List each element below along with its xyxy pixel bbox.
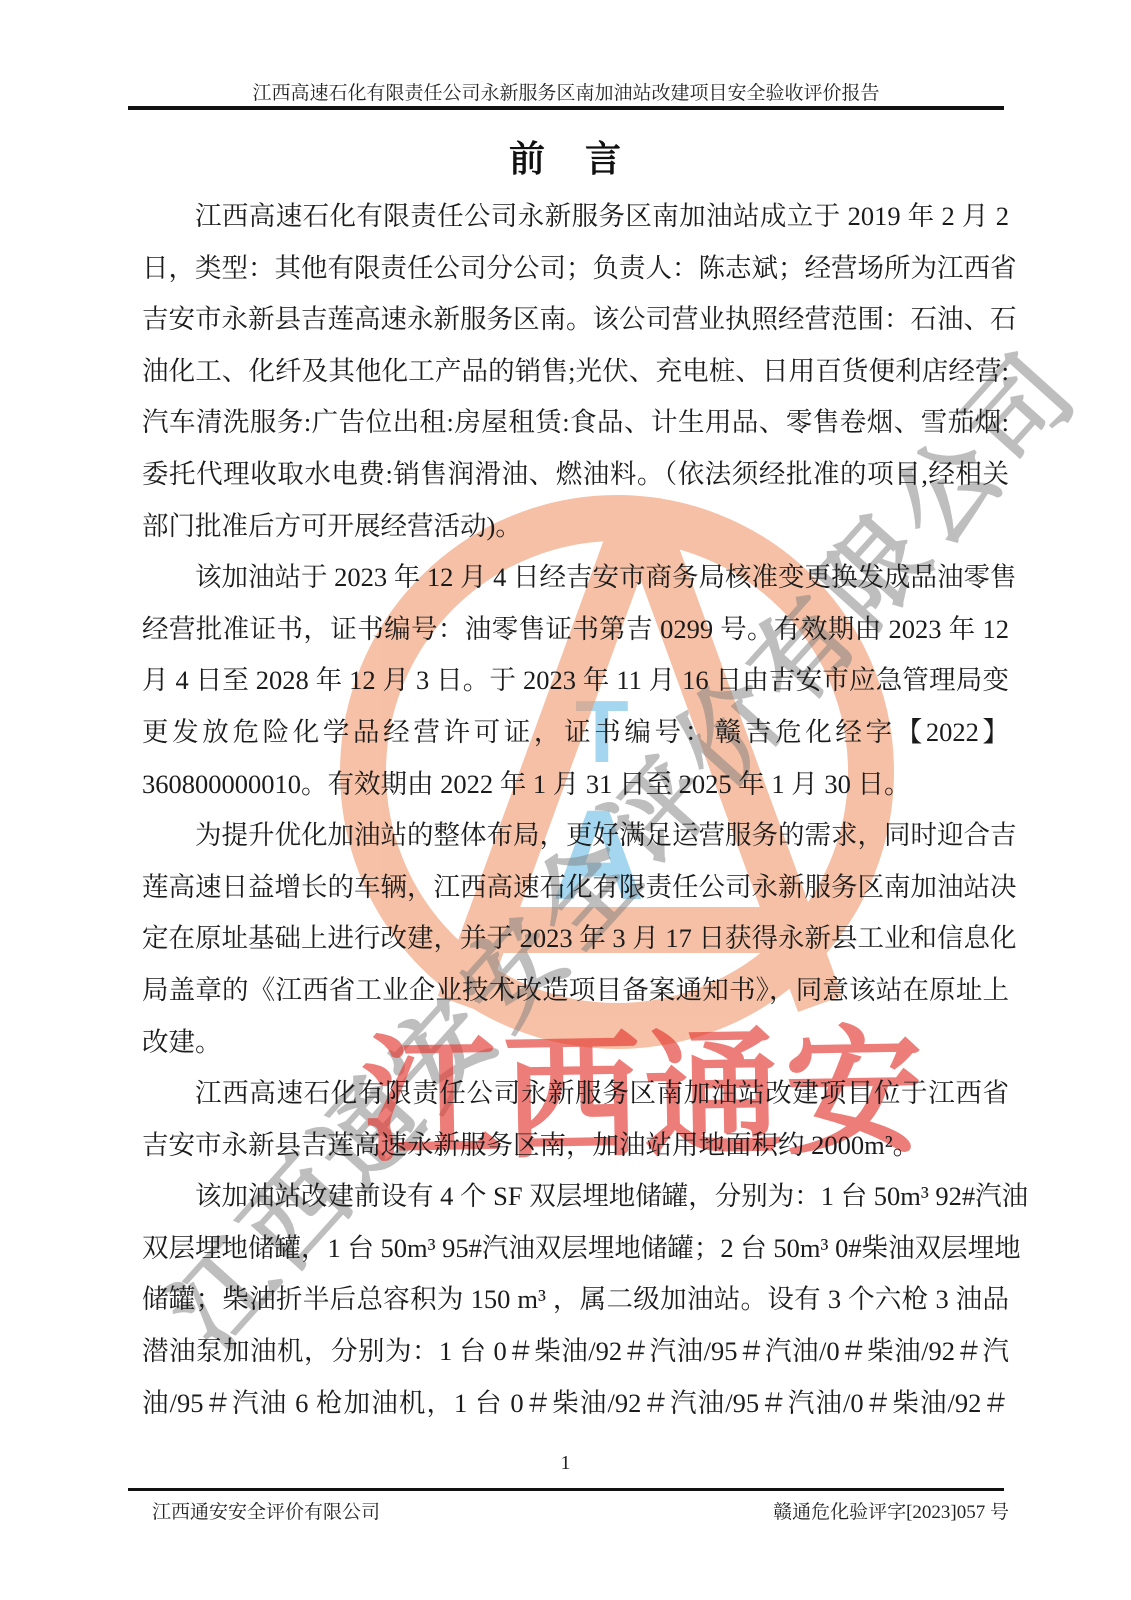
body-text: 江西高速石化有限责任公司永新服务区南加油站成立于 2019 年 2 月 2日，类… bbox=[142, 191, 1009, 1429]
footer-doc-number: 赣通危化验评字[2023]057 号 bbox=[773, 1497, 1009, 1524]
body-text-line: 局盖章的《江西省工业企业技术改造项目备案通知书》，同意该站在原址上 bbox=[142, 965, 1009, 1017]
body-text-line: 吉安市永新县吉莲高速永新服务区南，加油站用地面积约 2000m²。 bbox=[142, 1120, 1009, 1172]
body-text-line: 改建。 bbox=[142, 1017, 1009, 1069]
body-text-line: 360800000010。有效期由 2022 年 1 月 31 日至 2025 … bbox=[142, 759, 1009, 811]
body-text-line: 吉安市永新县吉莲高速永新服务区南。该公司营业执照经营范围：石油、石 bbox=[142, 294, 1009, 346]
body-text-line: 油/95＃汽油 6 枪加油机，1 台 0＃柴油/92＃汽油/95＃汽油/0＃柴油… bbox=[142, 1378, 1009, 1430]
body-text-line: 汽车清洗服务:广告位出租:房屋租赁:食品、计生用品、零售卷烟、雪茄烟: bbox=[142, 397, 1009, 449]
footer-company-name: 江西通安安全评价有限公司 bbox=[142, 1497, 380, 1524]
footer-rule bbox=[128, 1488, 1004, 1491]
body-text-line: 部门批准后方可开展经营活动)。 bbox=[142, 501, 1009, 553]
body-text-line: 油化工、化纤及其他化工产品的销售;光伏、充电桩、日用百货便利店经营: bbox=[142, 346, 1009, 398]
page-header-title: 江西高速石化有限责任公司永新服务区南加油站改建项目安全验收评价报告 bbox=[128, 78, 1004, 105]
body-text-line: 经营批准证书，证书编号：油零售证书第吉 0299 号。有效期由 2023 年 1… bbox=[142, 604, 1009, 656]
body-text-line: 潜油泵加油机，分别为：1 台 0＃柴油/92＃汽油/95＃汽油/0＃柴油/92＃… bbox=[142, 1326, 1009, 1378]
body-text-line: 莲高速日益增长的车辆，江西高速石化有限责任公司永新服务区南加油站决 bbox=[142, 862, 1009, 914]
body-text-line: 日，类型：其他有限责任公司分公司；负责人：陈志斌；经营场所为江西省 bbox=[142, 243, 1009, 295]
body-text-line: 月 4 日至 2028 年 12 月 3 日。于 2023 年 11 月 16 … bbox=[142, 655, 1009, 707]
document-page: T A 江西通安安全评价有限公司 江西通安 江西高速石化有限责任公司永新服务区南… bbox=[0, 0, 1131, 1600]
page-footer: 江西通安安全评价有限公司 赣通危化验评字[2023]057 号 bbox=[142, 1497, 1009, 1524]
page-number: 1 bbox=[0, 1452, 1131, 1475]
body-text-line: 委托代理收取水电费:销售润滑油、燃油料。（依法须经批准的项目,经相关 bbox=[142, 449, 1009, 501]
body-text-line: 双层埋地储罐，1 台 50m³ 95#汽油双层埋地储罐；2 台 50m³ 0#柴… bbox=[142, 1223, 1009, 1275]
page-title: 前 言 bbox=[128, 131, 1004, 182]
header-rule bbox=[128, 106, 1004, 110]
body-text-line: 定在原址基础上进行改建，并于 2023 年 3 月 17 日获得永新县工业和信息… bbox=[142, 913, 1009, 965]
body-text-line: 江西高速石化有限责任公司永新服务区南加油站改建项目位于江西省 bbox=[142, 1068, 1009, 1120]
body-text-line: 该加油站改建前设有 4 个 SF 双层埋地储罐，分别为：1 台 50m³ 92#… bbox=[142, 1171, 1009, 1223]
body-text-line: 江西高速石化有限责任公司永新服务区南加油站成立于 2019 年 2 月 2 bbox=[142, 191, 1009, 243]
body-text-line: 储罐；柴油折半后总容积为 150 m³ ，属二级加油站。设有 3 个六枪 3 油… bbox=[142, 1274, 1009, 1326]
body-text-line: 该加油站于 2023 年 12 月 4 日经吉安市商务局核准变更换发成品油零售 bbox=[142, 552, 1009, 604]
page-content: 江西高速石化有限责任公司永新服务区南加油站改建项目安全验收评价报告 前 言 江西… bbox=[0, 0, 1131, 1600]
body-text-line: 为提升优化加油站的整体布局，更好满足运营服务的需求，同时迎合吉 bbox=[142, 810, 1009, 862]
body-text-line: 更发放危险化学品经营许可证，证书编号：赣吉危化经字【2022】 bbox=[142, 707, 1009, 759]
